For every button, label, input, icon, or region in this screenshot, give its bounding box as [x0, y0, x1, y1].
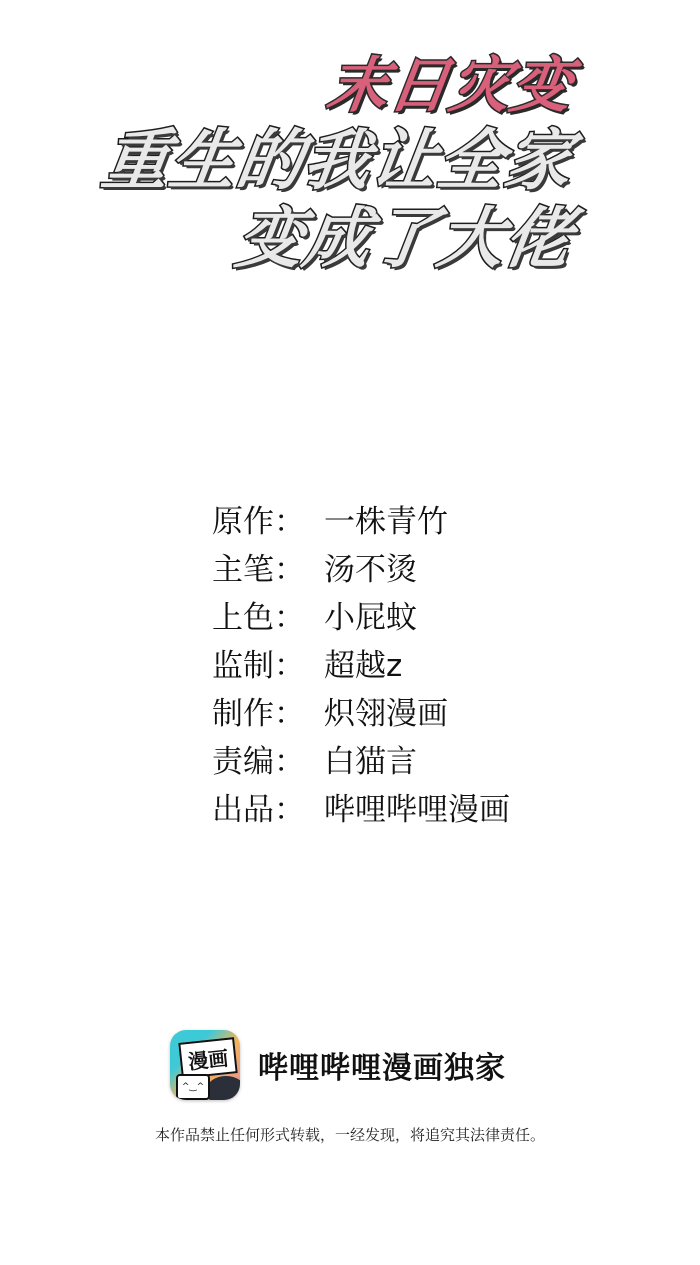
credit-name: 一株青竹	[324, 496, 448, 541]
credit-name: 炽翎漫画	[324, 688, 448, 733]
credit-role: 制作：	[212, 688, 324, 733]
credit-role: 出品：	[212, 784, 324, 829]
brand-exclusive-label: 哔哩哔哩漫画独家	[258, 1043, 506, 1087]
credit-row-editor: 责编： 白猫言	[212, 734, 510, 782]
title-line-2: 重生的我让全家	[98, 128, 576, 194]
credit-role: 上色：	[212, 592, 324, 637]
credit-role: 监制：	[212, 640, 324, 685]
credit-name: 超越z	[324, 640, 402, 685]
logo-decoration	[206, 1076, 240, 1100]
comic-title: 末日灾变 重生的我让全家 变成了大佬	[103, 56, 572, 284]
credit-row-production: 制作： 炽翎漫画	[212, 686, 510, 734]
credit-role: 主笔：	[212, 544, 324, 589]
title-line-1: 末日灾变	[99, 56, 576, 116]
credit-name: 哔哩哔哩漫画	[324, 784, 510, 829]
logo-text: 漫画	[178, 1037, 237, 1079]
bilibili-comics-app-icon: 漫画 ^‿^	[170, 1030, 240, 1100]
title-line-3: 变成了大佬	[98, 206, 576, 272]
tv-mascot-icon: ^‿^	[176, 1074, 210, 1100]
credit-role: 责编：	[212, 736, 324, 781]
credit-row-colorist: 上色： 小屁蚊	[212, 590, 510, 638]
credit-row-original: 原作： 一株青竹	[212, 494, 510, 542]
credit-row-supervisor: 监制： 超越z	[212, 638, 510, 686]
credit-name: 白猫言	[324, 736, 417, 781]
credit-row-lead-artist: 主笔： 汤不烫	[212, 542, 510, 590]
credit-role: 原作：	[212, 496, 324, 541]
exclusive-brand: 漫画 ^‿^ 哔哩哔哩漫画独家	[170, 1030, 506, 1100]
copyright-disclaimer: 本作品禁止任何形式转载，一经发现，将追究其法律责任。	[0, 1124, 700, 1145]
credit-name: 汤不烫	[324, 544, 417, 589]
credit-name: 小屁蚊	[324, 592, 417, 637]
credits-list: 原作： 一株青竹 主笔： 汤不烫 上色： 小屁蚊 监制： 超越z 制作： 炽翎漫…	[212, 494, 510, 830]
credit-row-publisher: 出品： 哔哩哔哩漫画	[212, 782, 510, 830]
